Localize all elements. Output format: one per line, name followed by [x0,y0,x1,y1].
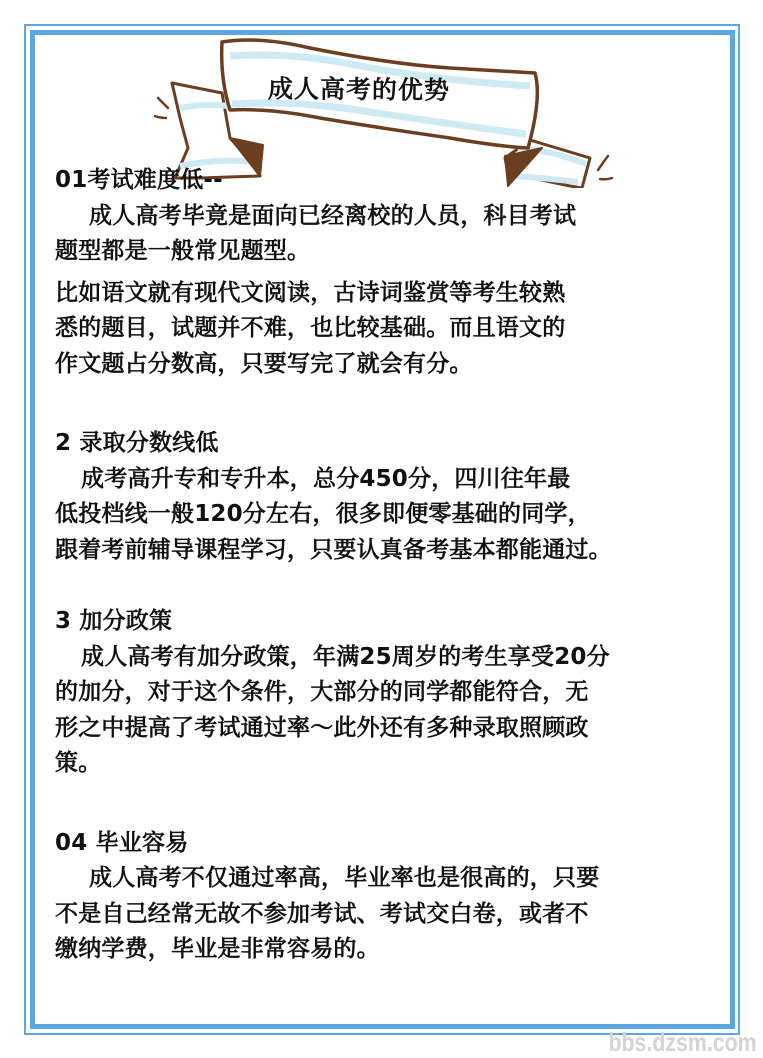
paragraph-line: 题型都是一般常见题型。 [55,234,735,270]
section-heading: 04 毕业容易 [55,826,735,862]
paragraph-line: 策。 [55,746,735,782]
paragraph-line: 的加分，对于这个条件，大部分的同学都能符合，无 [55,675,735,711]
section-spacer [55,568,735,604]
paragraph-line: 低投档线一般120分左右，很多即便零基础的同学， [55,497,735,533]
page-title: 成人高考的优势 [268,69,450,107]
section-graduation: 04 毕业容易 成人高考不仅通过率高，毕业率也是很高的，只要 不是自己经常无故不… [55,826,735,968]
paragraph-line: 跟着考前辅导课程学习，只要认真备考基本都能通过。 [55,533,735,569]
paragraph-line: 悉的题目，试题并不难，也比较基础。而且语文的 [55,311,735,347]
section-heading: 2 录取分数线低 [55,426,735,462]
section-heading: 01考试难度低-- [55,163,735,199]
section-spacer [55,782,735,826]
paragraph-line: 形之中提高了考试通过率～此外还有多种录取照顾政 [55,711,735,747]
article-body: 01考试难度低-- 成人高考毕竟是面向已经离校的人员，科目考试 题型都是一般常见… [55,163,735,968]
watermark-text: bbs.dzsm.com [609,1027,757,1058]
section-spacer [55,382,735,426]
paragraph-line: 缴纳学费，毕业是非常容易的。 [55,932,735,968]
section-difficulty: 01考试难度低-- 成人高考毕竟是面向已经离校的人员，科目考试 题型都是一般常见… [55,163,735,382]
paragraph-line: 成人高考毕竟是面向已经离校的人员，科目考试 [55,199,735,235]
paragraph-line: 不是自己经常无故不参加考试、考试交白卷，或者不 [55,897,735,933]
paragraph-line: 比如语文就有现代文阅读，古诗词鉴赏等考生较熟 [55,276,735,312]
paragraph-line: 成人高考不仅通过率高，毕业率也是很高的，只要 [55,861,735,897]
section-bonus-points: 3 加分政策 成人高考有加分政策，年满25周岁的考生享受20分 的加分，对于这个… [55,604,735,782]
paragraph-line: 作文题占分数高，只要写完了就会有分。 [55,347,735,383]
section-heading: 3 加分政策 [55,604,735,640]
section-admission-score: 2 录取分数线低 成考高升专和专升本，总分450分，四川往年最 低投档线一般12… [55,426,735,568]
paragraph-line: 成考高升专和专升本，总分450分，四川往年最 [55,462,735,498]
paragraph-line: 成人高考有加分政策，年满25周岁的考生享受20分 [55,640,735,676]
